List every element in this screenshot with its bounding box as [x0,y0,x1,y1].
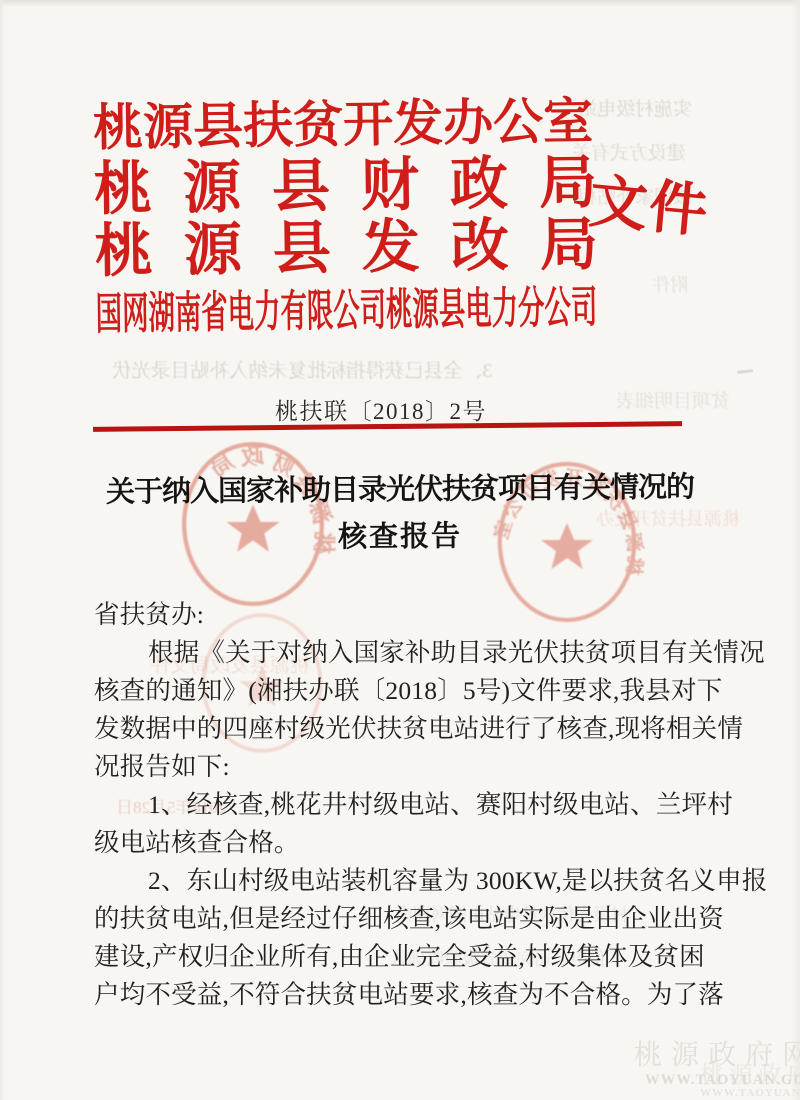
watermark-site-url: WWW.TAOYUAN.GOV.CN [645,1073,800,1088]
official-seal-finance: 桃源县财政局 [168,426,338,622]
seal-star-icon [541,523,593,569]
seal-star-icon [226,504,279,551]
seal-arc-text: 桃源县财政局 [201,444,337,555]
agency-name-3: 桃源县发改局 [94,216,629,281]
svg-text:桃源县扶贫开发办公室: 桃源县扶贫开发办公室 [489,466,647,577]
official-seal-faint [184,600,340,766]
file-type-label: 文件 [587,173,712,242]
seal-arc-text: 桃源县扶贫开发办公室 [489,466,647,577]
document-title-line2: 核查报告 [0,511,800,559]
body-line: 2、东山村级电站装机容量为 300KW,是以扶贫名义申报 [94,868,788,894]
body-line: 1、经核查,桃花井村级电站、赛阳村级电站、兰坪村 [94,792,788,818]
watermark-site-name: 桃源政府网 [634,1042,800,1070]
official-seal-poverty-office: 桃源县扶贫开发办公室 [484,438,650,646]
scanned-document-page: 实施村级电站 建设方式有关 按国家补贴相 附件 3、全县已获得指标批复未纳入补贴… [0,0,800,1100]
agency-name-1: 桃源县扶贫开发办公室 [93,96,594,153]
document-title-line1: 关于纳入国家补助目录光伏扶贫项目有关情况的 [0,464,800,512]
body-line: 的扶贫电站,但是经过仔细核查,该电站实际是由企业出资 [94,906,734,932]
agency-name-4: 国网湖南省电力有限公司桃源县电力分公司 [95,286,597,337]
watermark-site-url-copy: WWW.TAOYUAN.GOV.CN [700,1088,800,1099]
svg-text:桃源县财政局: 桃源县财政局 [201,444,337,555]
seal-star-icon [239,666,284,706]
body-line: 建设,产权归企业所有,由企业完全受益,村级集体及贫困 [94,944,734,970]
letterhead: 桃源县扶贫开发办公室 桃源县财政局 桃源县发改局 国网湖南省电力有限公司桃源县电… [0,0,800,401]
body-line: 级电站核查合格。 [94,830,734,856]
agency-name-2: 桃源县财政局 [94,154,629,219]
body-line: 户均不受益,不符合扶贫电站要求,核查为不合格。为了落 [94,982,734,1008]
